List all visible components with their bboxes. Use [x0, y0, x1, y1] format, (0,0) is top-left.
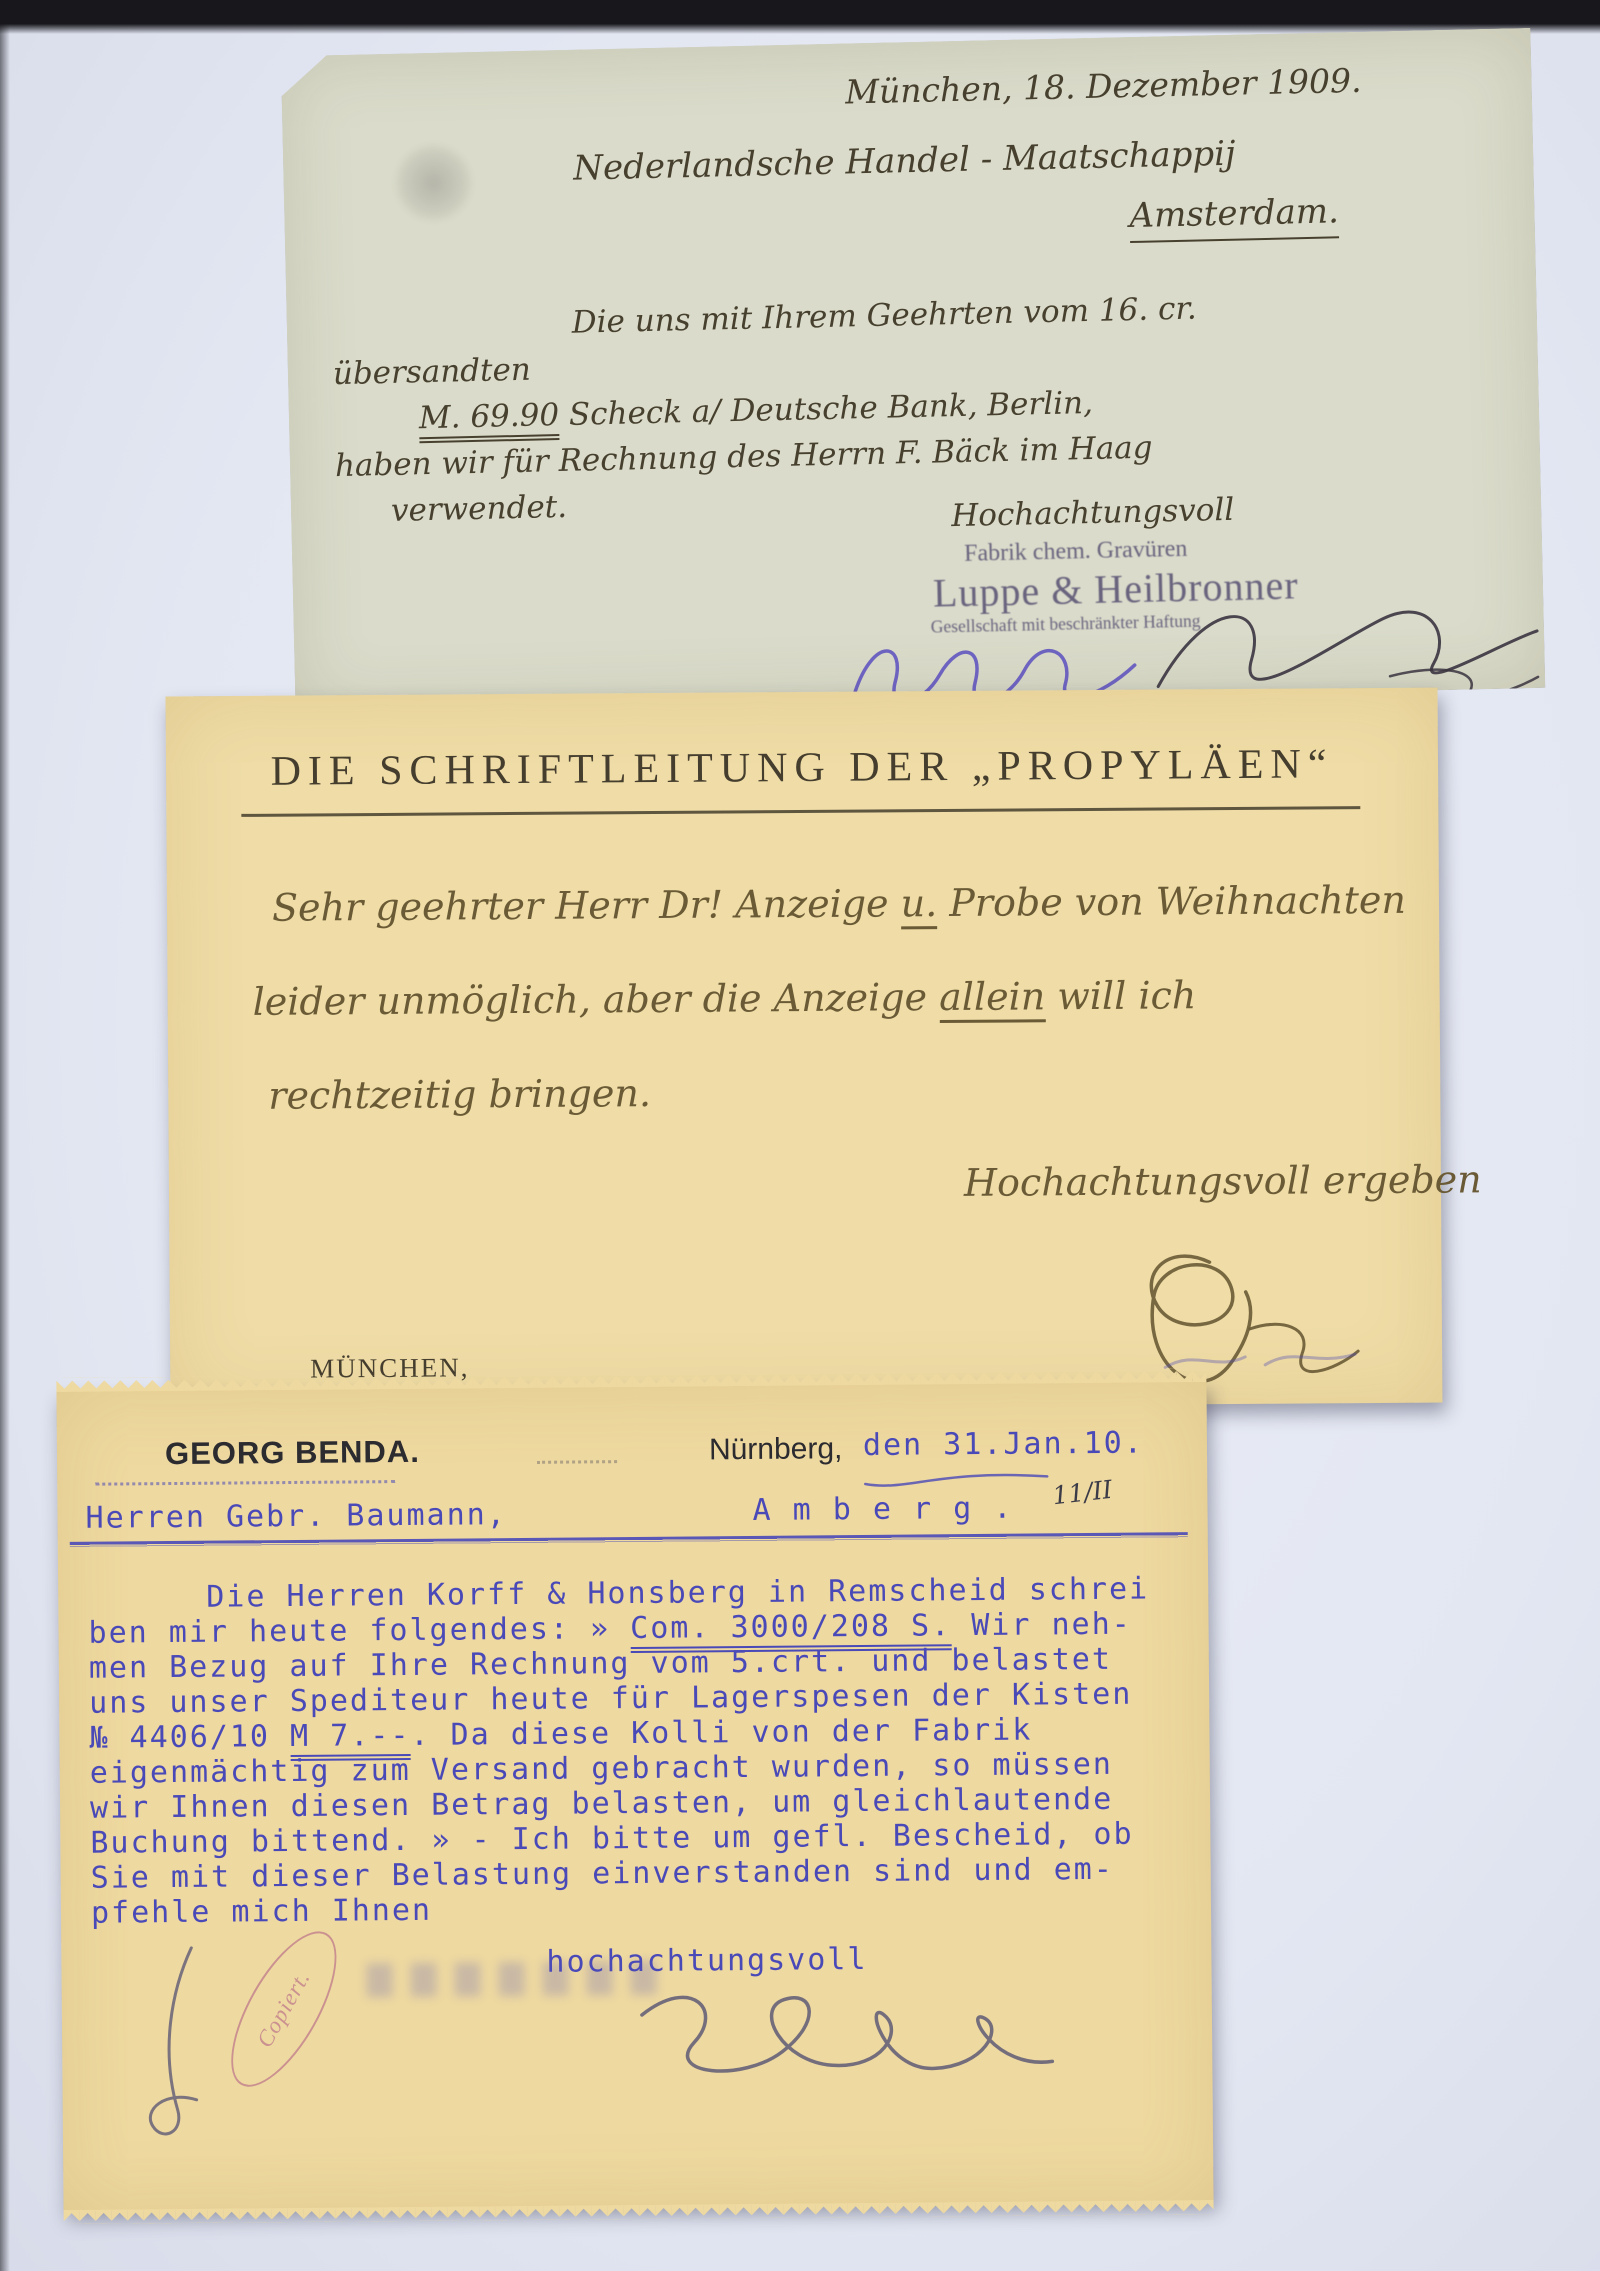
text-segment: Sehr geehrter Herr Dr! Anzeige: [272, 881, 901, 929]
pencil-mark: [121, 1930, 233, 2151]
postcard-propylaeen: DIE SCHRIFTLEITUNG DER „PROPYLÄEN“ Sehr …: [166, 688, 1443, 1412]
address-underline: [70, 1532, 1188, 1548]
text-segment: pfehle mich Ihnen: [91, 1893, 432, 1931]
recipient-city: Amsterdam.: [1129, 188, 1339, 243]
closing-formula: Hochachtungsvoll: [951, 487, 1235, 539]
date-underline-swash: [857, 1464, 1057, 1494]
place-printed: Nürnberg,: [709, 1432, 843, 1467]
sender-letterhead: GEORG BENDA.: [165, 1434, 420, 1472]
closing-formula: Hochachtungsvoll ergeben: [964, 1157, 1482, 1205]
text-segment: Probe von Weihnachten: [937, 878, 1406, 925]
typed-message: Die Herren Korff & Honsberg in Remscheid…: [88, 1571, 1201, 1931]
text-segment: Scheck a/ Deutsche Bank, Berlin,: [559, 385, 1094, 433]
copiert-stamp: Copiert.: [211, 1916, 358, 2102]
perforated-edge-bottom: [64, 2200, 1214, 2224]
text-segment: № 4406/10: [89, 1719, 290, 1756]
postmark-smudge: [377, 127, 489, 239]
text-line: rechtzeitig bringen.: [268, 1066, 1408, 1168]
text-segment: Die uns mit Ihrem Geehrten vom 16. cr.: [571, 291, 1197, 341]
ink-dots: [95, 1480, 395, 1486]
text-line: leider unmöglich, aber die Anzeige allei…: [253, 972, 1408, 1074]
photo-left-edge: [0, 0, 10, 2271]
text-segment: . Da diese Kolli von der Fabrik: [410, 1713, 1032, 1753]
postcard-luppe-heilbronner: München, 18. Dezember 1909. Nederlandsch…: [281, 28, 1546, 716]
postcard-georg-benda: GEORG BENDA. Nürnberg, den 31.Jan.10. 11…: [56, 1381, 1213, 2211]
photo-top-edge: [0, 0, 1600, 34]
text-segment: Wir neh-: [951, 1607, 1132, 1644]
handwritten-message: Sehr geehrter Herr Dr! Anzeige u. Probe …: [272, 878, 1408, 1168]
text-line: Sehr geehrter Herr Dr! Anzeige u. Probe …: [272, 878, 1407, 980]
handwritten-annotation: 11/II: [1051, 1475, 1114, 1511]
text-segment: leider unmöglich, aber die Anzeige: [253, 975, 940, 1024]
text-segment: ben mir heute folgendes: »: [88, 1611, 630, 1651]
header-rule: [241, 806, 1360, 817]
recipient-name: Herren Gebr. Baumann,: [85, 1497, 507, 1536]
typed-date: den 31.Jan.10.: [863, 1426, 1144, 1463]
text-segment: u.: [901, 881, 938, 929]
text-segment: M. 69.90: [419, 397, 560, 443]
text-segment: rechtzeitig bringen.: [268, 1071, 651, 1118]
faint-dots: [537, 1460, 617, 1464]
recipient-name: Nederlandsche Handel - Maatschappij: [573, 131, 1236, 192]
text-segment: übersandten: [332, 352, 531, 392]
copiert-stamp-label: Copiert.: [252, 1966, 316, 2052]
dateline: München, 18. Dezember 1909.: [845, 58, 1362, 116]
recipient-city: A m b e r g .: [752, 1491, 1013, 1528]
company-stamp-line1: Fabrik chem. Gravüren: [964, 536, 1188, 568]
handwritten-signature-benda: [582, 1967, 1063, 2121]
text-segment: verwendet.: [391, 489, 568, 529]
printed-header: DIE SCHRIFTLEITUNG DER „PROPYLÄEN“: [166, 740, 1438, 797]
text-segment: will ich: [1045, 973, 1196, 1018]
scanned-photo: { "colors": { "bg": "#e3e7f2", "photo-ed…: [0, 0, 1600, 2271]
text-segment: allein: [939, 974, 1045, 1023]
